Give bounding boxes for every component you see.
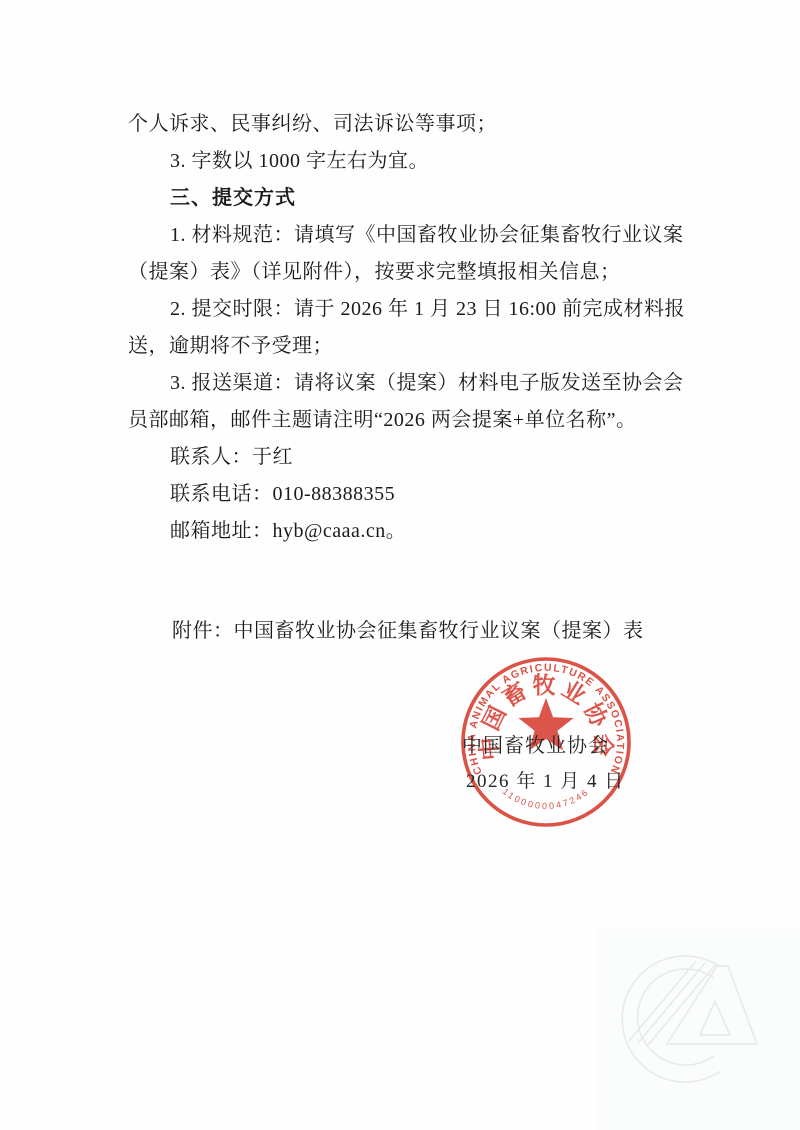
body-line: 3. 报送渠道：请将议案（提案）材料电子版发送至协会会 bbox=[128, 365, 728, 402]
body-line: 个人诉求、民事纠纷、司法诉讼等事项； bbox=[128, 106, 728, 143]
document-body: 个人诉求、民事纠纷、司法诉讼等事项；3. 字数以 1000 字左右为宜。三、提交… bbox=[128, 106, 728, 550]
stamped-date: 2026 年 1 月 4 日 bbox=[466, 766, 625, 793]
corner-watermark-block bbox=[596, 930, 800, 1130]
body-line: 三、提交方式 bbox=[128, 180, 728, 217]
body-line: 送，逾期将不予受理； bbox=[128, 328, 728, 365]
body-line: （提案）表》（详见附件），按要求完整填报相关信息； bbox=[128, 254, 728, 291]
body-line: 联系电话：010-88388355 bbox=[128, 476, 728, 513]
body-line: 员部邮箱，邮件主题请注明“2026 两会提案+单位名称”。 bbox=[128, 402, 728, 439]
attachment-line: 附件：中国畜牧业协会征集畜牧行业议案（提案）表 bbox=[172, 616, 644, 646]
body-line: 1. 材料规范：请填写《中国畜牧业协会征集畜牧行业议案 bbox=[128, 217, 728, 254]
caaa-logo-watermark bbox=[598, 931, 798, 1129]
body-line: 邮箱地址：hyb@caaa.cn。 bbox=[128, 513, 728, 550]
body-line: 3. 字数以 1000 字左右为宜。 bbox=[128, 143, 728, 180]
stamped-org-name: 中国畜牧业协会 bbox=[462, 729, 609, 758]
body-line: 联系人：于红 bbox=[128, 439, 728, 476]
document-page: 个人诉求、民事纠纷、司法诉讼等事项；3. 字数以 1000 字左右为宜。三、提交… bbox=[0, 0, 800, 1130]
body-line: 2. 提交时限：请于 2026 年 1 月 23 日 16:00 前完成材料报 bbox=[128, 291, 728, 328]
